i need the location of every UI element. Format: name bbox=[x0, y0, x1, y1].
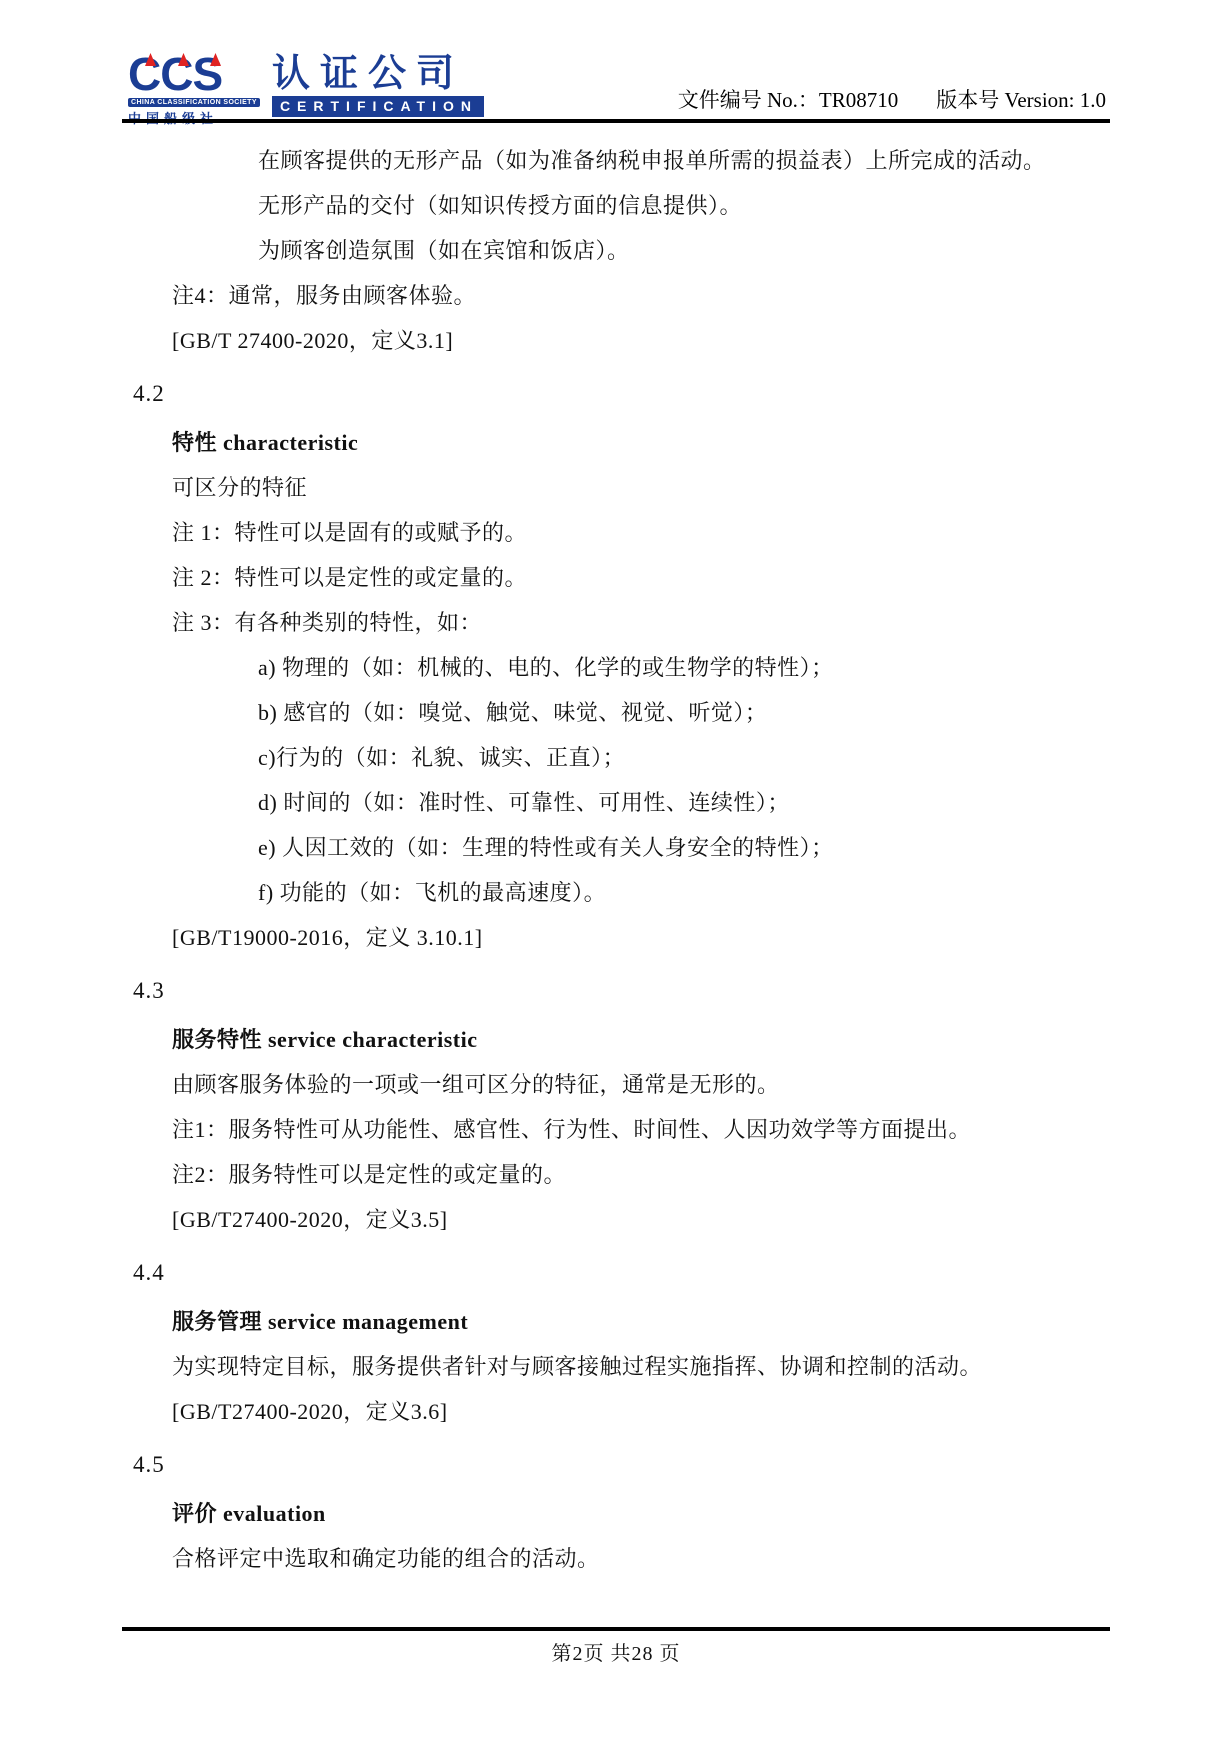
section-number: 4.3 bbox=[133, 968, 1232, 1013]
paragraph: [GB/T19000-2016，定义 3.10.1] bbox=[172, 915, 1232, 960]
section-number: 4.4 bbox=[133, 1250, 1232, 1295]
section-number: 4.2 bbox=[133, 371, 1232, 416]
paragraph: 注 2：特性可以是定性的或定量的。 bbox=[172, 555, 1232, 600]
paragraph: 注 1：特性可以是固有的或赋予的。 bbox=[172, 510, 1232, 555]
paragraph: 注 3：有各种类别的特性，如： bbox=[172, 600, 1232, 645]
ccs-logo-left: CCS CHINA CLASSIFICATION SOCIETY 中国船级社 bbox=[128, 52, 260, 127]
term-heading: 服务管理 service management bbox=[172, 1299, 1232, 1344]
paragraph: e) 人因工效的（如：生理的特性或有关人身安全的特性）； bbox=[258, 825, 1232, 870]
section-number: 4.5 bbox=[133, 1442, 1232, 1487]
paragraph: 为顾客创造氛围（如在宾馆和饭店）。 bbox=[258, 228, 1232, 273]
paragraph: [GB/T27400-2020，定义3.6] bbox=[172, 1389, 1232, 1434]
document-meta: 文件编号 No.：TR08710版本号 Version: 1.0 bbox=[678, 84, 1106, 114]
term-heading: 特性 characteristic bbox=[172, 420, 1232, 465]
ccs-logo-right: 认证公司 CERTIFICATION bbox=[272, 54, 484, 117]
paragraph: 可区分的特征 bbox=[172, 465, 1232, 510]
paragraph: 无形产品的交付（如知识传授方面的信息提供）。 bbox=[258, 183, 1232, 228]
paragraph: b) 感官的（如：嗅觉、触觉、味觉、视觉、听觉）； bbox=[258, 690, 1232, 735]
header-divider bbox=[122, 119, 1110, 123]
paragraph: c)行为的（如：礼貌、诚实、正直）； bbox=[258, 735, 1232, 780]
term-heading: 服务特性 service characteristic bbox=[172, 1017, 1232, 1062]
paragraph: 注2：服务特性可以是定性的或定量的。 bbox=[172, 1152, 1232, 1197]
paragraph: 由顾客服务体验的一项或一组可区分的特征，通常是无形的。 bbox=[172, 1062, 1232, 1107]
paragraph: [GB/T 27400-2020，定义3.1] bbox=[172, 318, 1232, 363]
ccs-logo: CCS CHINA CLASSIFICATION SOCIETY 中国船级社 认… bbox=[128, 52, 484, 127]
certification-banner: CERTIFICATION bbox=[272, 96, 484, 117]
paragraph: 注1：服务特性可从功能性、感官性、行为性、时间性、人因功效学等方面提出。 bbox=[172, 1107, 1232, 1152]
society-name-cn: 中国船级社 bbox=[128, 108, 260, 127]
ccs-acronym-text: CCS bbox=[128, 48, 222, 100]
term-heading: 评价 evaluation bbox=[172, 1491, 1232, 1536]
company-name-cn: 认证公司 bbox=[272, 54, 484, 94]
ccs-acronym: CCS bbox=[128, 52, 260, 96]
paragraph: a) 物理的（如：机械的、电的、化学的或生物学的特性）； bbox=[258, 645, 1232, 690]
document-number: 文件编号 No.：TR08710 bbox=[678, 88, 899, 112]
paragraph: d) 时间的（如：准时性、可靠性、可用性、连续性）； bbox=[258, 780, 1232, 825]
paragraph: f) 功能的（如：飞机的最高速度）。 bbox=[258, 870, 1232, 915]
document-version: 版本号 Version: 1.0 bbox=[936, 88, 1106, 112]
paragraph: 为实现特定目标，服务提供者针对与顾客接触过程实施指挥、协调和控制的活动。 bbox=[172, 1344, 1232, 1389]
paragraph: 注4：通常，服务由顾客体验。 bbox=[172, 273, 1232, 318]
paragraph: 在顾客提供的无形产品（如为准备纳税申报单所需的损益表）上所完成的活动。 bbox=[258, 138, 1232, 183]
paragraph: 合格评定中选取和确定功能的组合的活动。 bbox=[172, 1536, 1232, 1581]
document-body: 在顾客提供的无形产品（如为准备纳税申报单所需的损益表）上所完成的活动。无形产品的… bbox=[0, 138, 1232, 1581]
page-number: 第2页 共28 页 bbox=[0, 1637, 1232, 1666]
paragraph: [GB/T27400-2020，定义3.5] bbox=[172, 1197, 1232, 1242]
footer-divider bbox=[122, 1627, 1110, 1631]
